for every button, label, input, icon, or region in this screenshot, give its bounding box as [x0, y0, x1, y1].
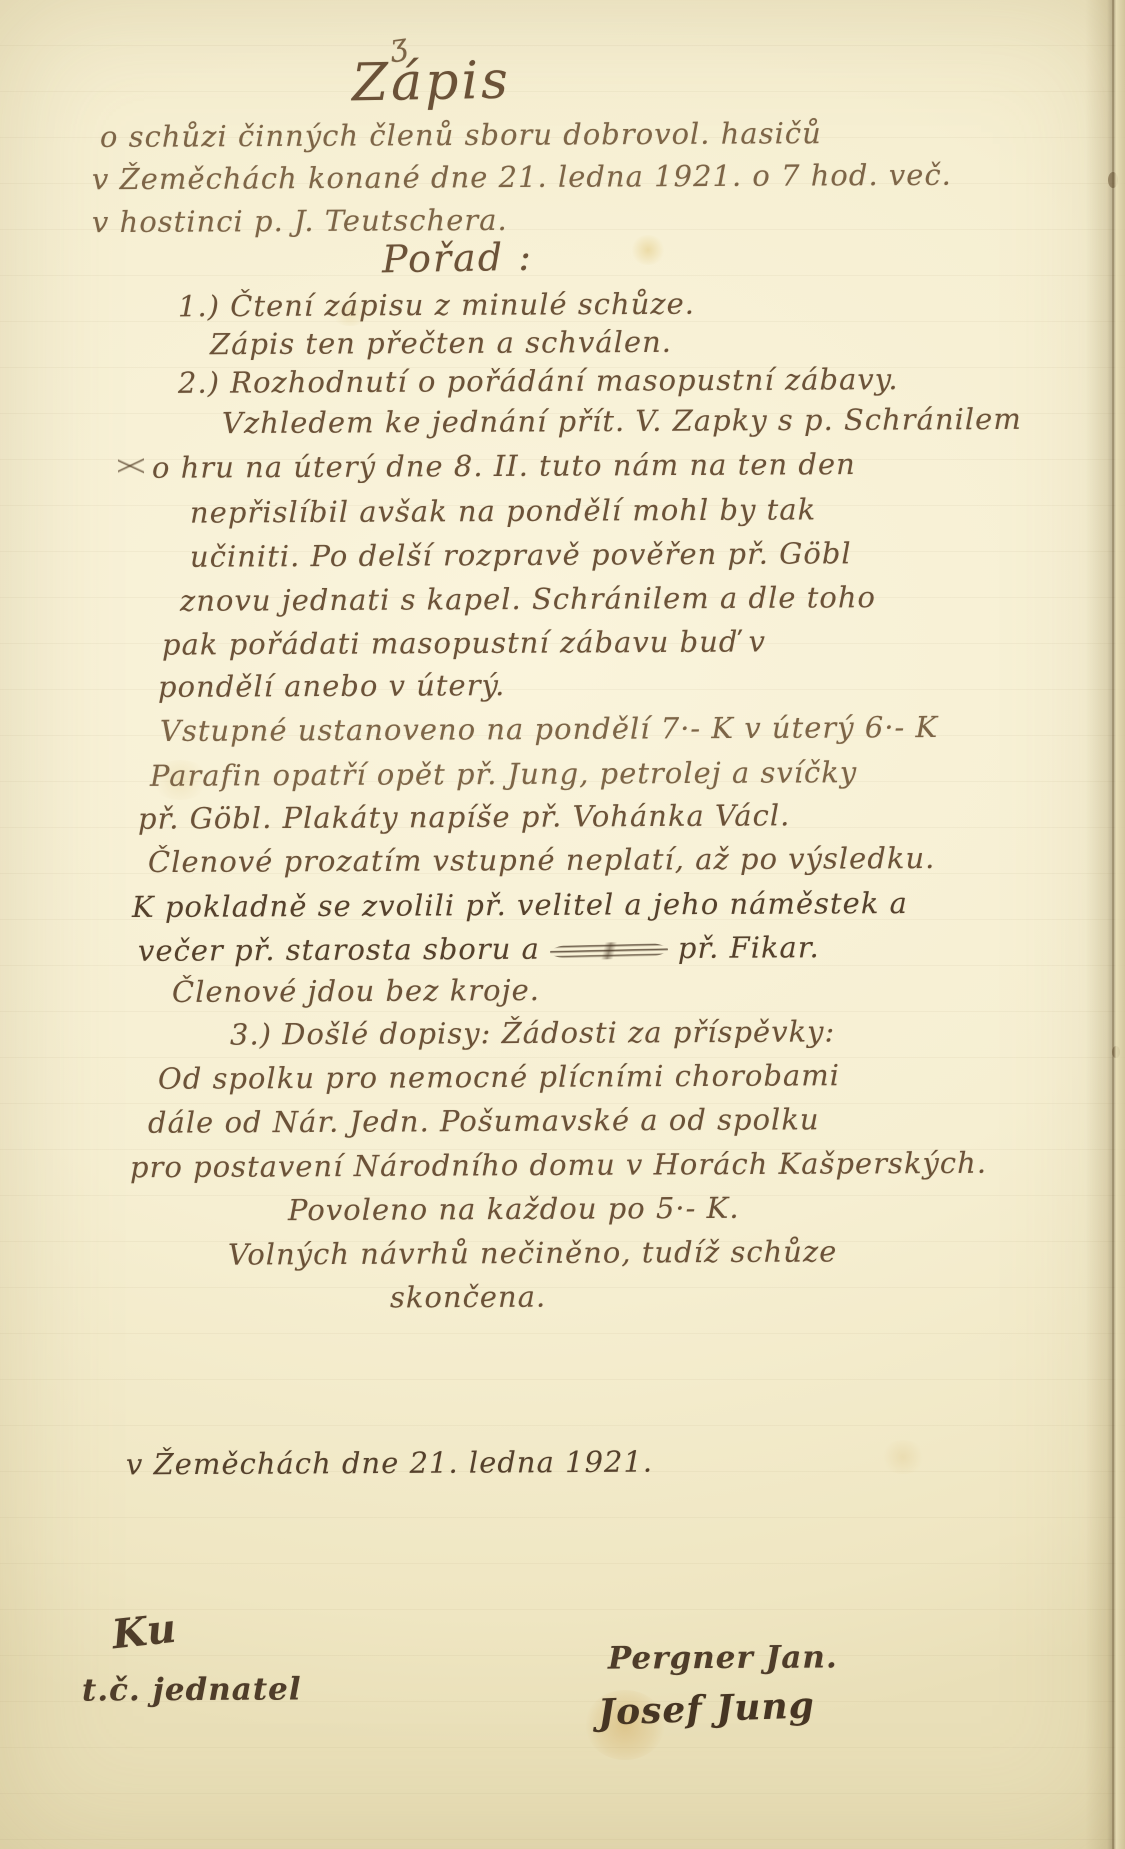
signature-name: Pergner Jan. [608, 1639, 838, 1676]
body-line: 2.) Rozhodnutí o pořádání masopustní záb… [178, 362, 899, 400]
date-line: v Žeměchách dne 21. ledna 1921. [126, 1445, 653, 1482]
heading-line: v Žeměchách konané dne 21. ledna 1921. o… [92, 158, 952, 197]
crossed-out-word [550, 940, 668, 960]
heading-line: o schůzi činných členů sboru dobrovol. h… [100, 116, 822, 154]
crossed-out-letter [118, 454, 144, 478]
body-line: Volných návrhů nečiněno, tudíž schůze [228, 1234, 838, 1271]
body-line-text: př. Fikar. [678, 930, 820, 965]
signature-name: Josef Jung [597, 1684, 815, 1734]
body-line: př. Göbl. Plakáty napíše př. Vohánka Vác… [138, 798, 790, 835]
body-line: pondělí anebo v úterý. [158, 668, 505, 704]
body-line: nepřislíbil avšak na pondělí mohl by tak [190, 492, 816, 529]
page-edge [1085, 0, 1125, 1849]
body-line: pak pořádati masopustní zábavu buď v [162, 624, 766, 661]
manuscript-page: ʒ Zápis o schůzi činných členů sboru dob… [0, 0, 1125, 1849]
body-line: Vstupné ustanoveno na pondělí 7·- K v út… [160, 710, 938, 748]
body-line: Od spolku pro nemocné plícními chorobami [158, 1058, 840, 1096]
body-line: Vzhledem ke jednání přít. V. Zapky s p. … [222, 402, 1022, 440]
body-line-text: o hru na úterý dne 8. II. tuto nám na te… [152, 447, 856, 485]
body-line: o hru na úterý dne 8. II. tuto nám na te… [118, 447, 856, 485]
signature-role: t.č. jednatel [82, 1671, 302, 1708]
heading-line: v hostinci p. J. Teutschera. [92, 203, 508, 239]
body-line-with-crossout: večer př. starosta sboru apř. Fikar. [138, 930, 820, 968]
body-line: pro postavení Národního domu v Horách Ka… [130, 1146, 987, 1184]
body-line: dále od Nár. Jedn. Pošumavské a od spolk… [148, 1102, 820, 1140]
paper-stain [630, 235, 666, 265]
body-line: 3.) Došlé dopisy: Žádosti za příspěvky: [230, 1014, 835, 1051]
agenda-label: Pořad : [382, 235, 534, 282]
body-line: Zápis ten přečten a schválen. [210, 325, 672, 361]
body-line: znovu jednati s kapel. Schránilem a dle … [180, 580, 876, 618]
body-line: K pokladně se zvolili př. velitel a jeho… [132, 886, 908, 924]
body-line: Povoleno na každou po 5·- K. [288, 1191, 740, 1227]
body-line: učiniti. Po delší rozpravě pověřen př. G… [190, 536, 852, 573]
body-line: Parafin opatří opět př. Jung, petrolej a… [150, 755, 857, 793]
signature-initials: Ku [110, 1605, 180, 1659]
ruled-lines [0, 0, 1125, 1849]
paper-stain [880, 1440, 926, 1474]
page-title: Zápis [351, 51, 511, 114]
page-edge-line [1112, 0, 1114, 1849]
body-line: 1.) Čtení zápisu z minulé schůze. [178, 287, 695, 324]
body-line: Členové prozatím vstupné neplatí, až po … [148, 841, 935, 879]
body-line: skončena. [390, 1280, 546, 1315]
body-line: Členové jdou bez kroje. [172, 973, 540, 1009]
body-line-text: večer př. starosta sboru a [138, 932, 540, 968]
